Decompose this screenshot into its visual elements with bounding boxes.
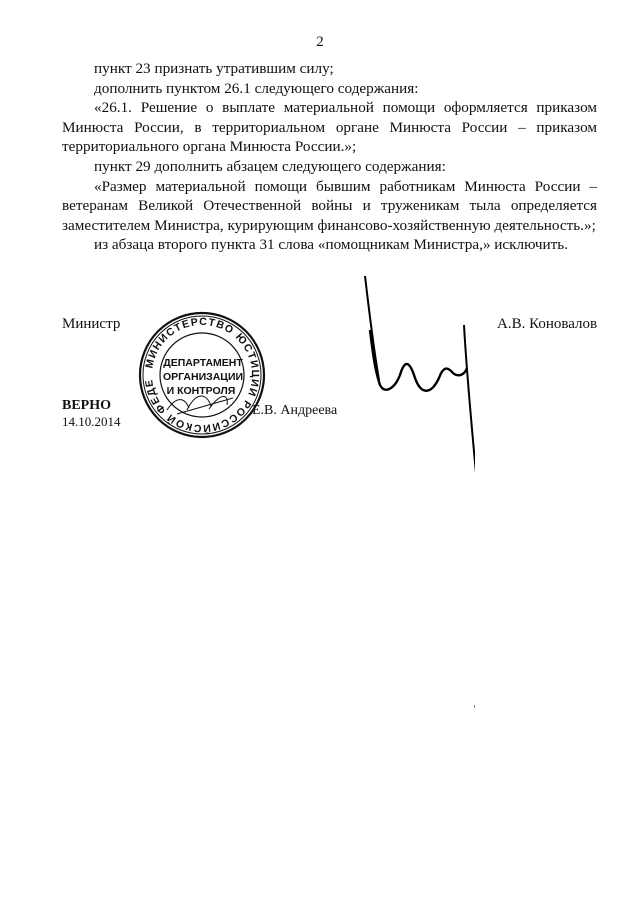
official-stamp: МИНИСТЕРСТВО ЮСТИЦИИ РОССИЙСКОЙ ФЕДЕРАЦИ… bbox=[137, 310, 267, 440]
signature bbox=[355, 270, 475, 505]
signatory-position: Министр bbox=[62, 316, 120, 333]
document-body: пункт 23 признать утратившим силу; допол… bbox=[62, 59, 597, 255]
svg-text:ДЕПАРТАМЕНТ: ДЕПАРТАМЕНТ bbox=[163, 357, 243, 369]
stamp-seal-icon: МИНИСТЕРСТВО ЮСТИЦИИ РОССИЙСКОЙ ФЕДЕРАЦИ… bbox=[137, 310, 267, 440]
certified-label: ВЕРНО bbox=[62, 398, 111, 414]
paragraph-3: «26.1. Решение о выплате материальной по… bbox=[62, 98, 597, 157]
signatory-name: А.В. Коновалов bbox=[497, 316, 597, 333]
paragraph-2: дополнить пунктом 26.1 следующего содерж… bbox=[62, 79, 597, 99]
handwritten-signature-icon bbox=[355, 270, 475, 505]
page-number: 2 bbox=[0, 34, 640, 51]
paragraph-4: пункт 29 дополнить абзацем следующего со… bbox=[62, 157, 597, 177]
svg-text:ОРГАНИЗАЦИИ: ОРГАНИЗАЦИИ bbox=[163, 371, 243, 383]
paragraph-5: «Размер материальной помощи бывшим работ… bbox=[62, 177, 597, 236]
paragraph-6: из абзаца второго пункта 31 слова «помощ… bbox=[62, 235, 597, 255]
svg-text:И КОНТРОЛЯ: И КОНТРОЛЯ bbox=[167, 385, 236, 397]
scan-speck bbox=[474, 705, 475, 708]
certified-date: 14.10.2014 bbox=[62, 414, 121, 430]
paragraph-1: пункт 23 признать утратившим силу; bbox=[62, 59, 597, 79]
